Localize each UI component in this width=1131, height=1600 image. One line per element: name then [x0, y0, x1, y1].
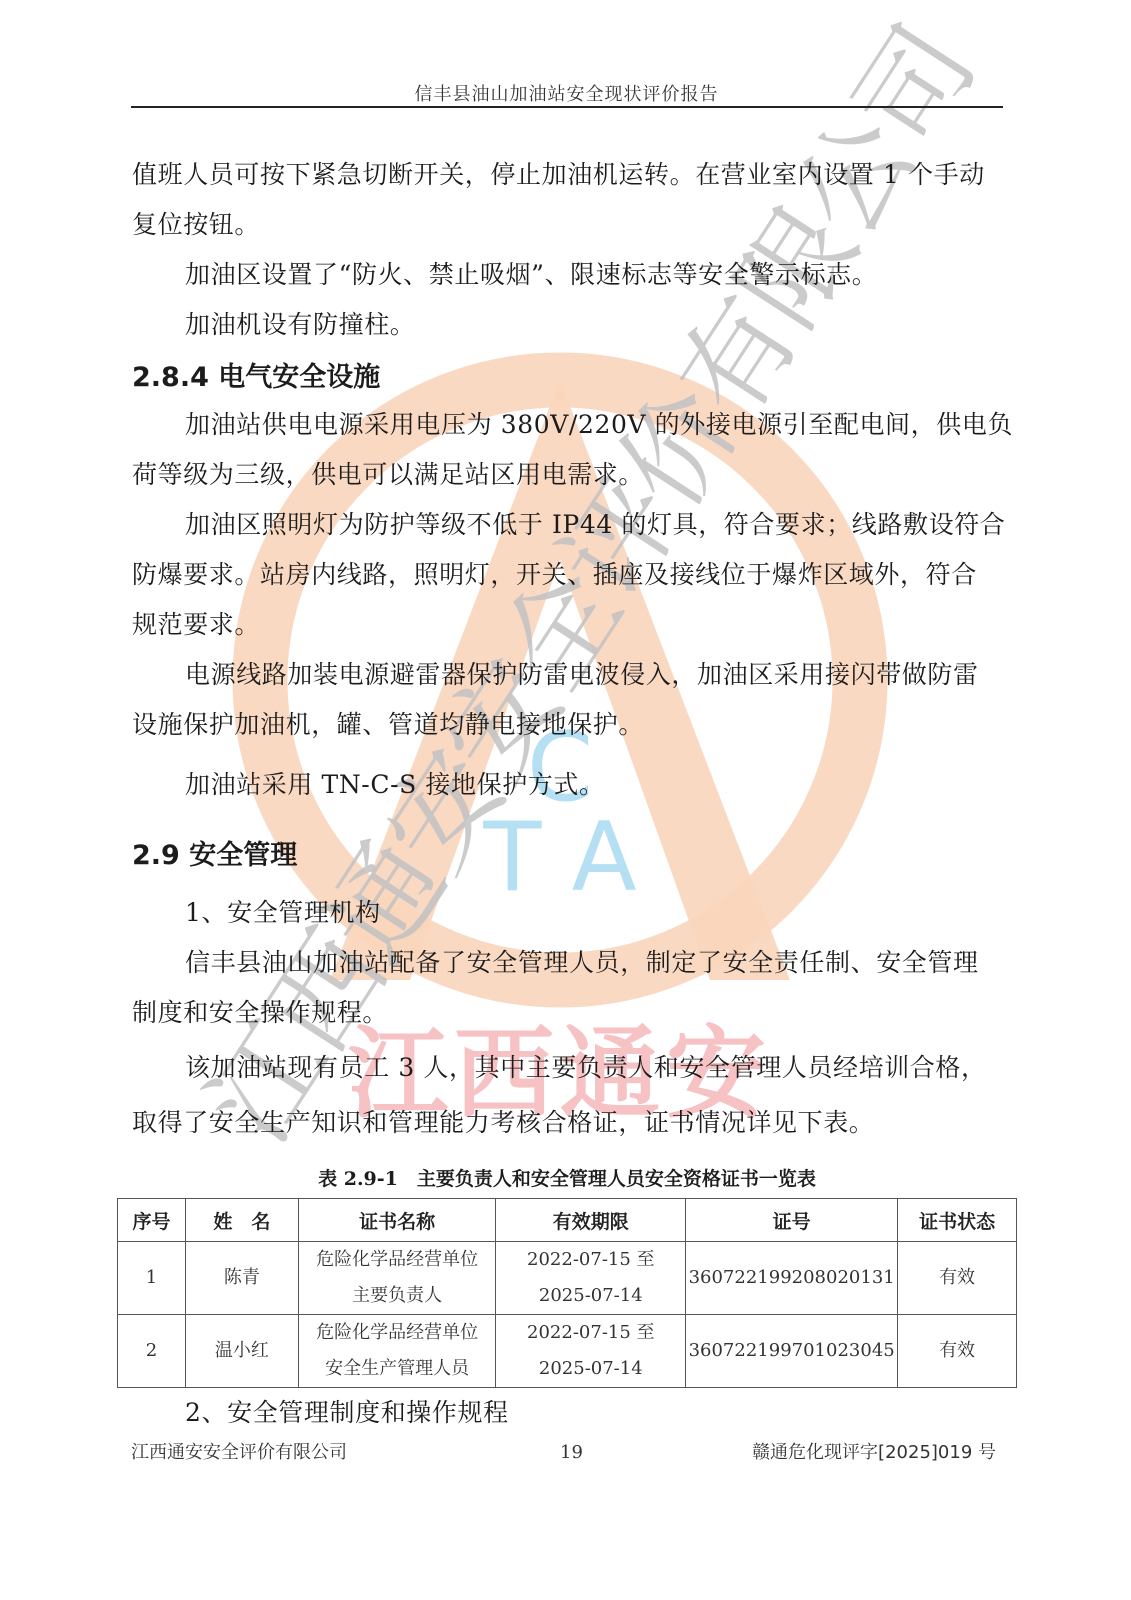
footer-company: 江西通安安全评价有限公司: [131, 1438, 347, 1464]
list-item-heading: 2、安全管理制度和操作规程: [185, 1398, 509, 1428]
cert-name-line: 安全生产管理人员: [299, 1351, 496, 1387]
validity-start: 2022-07-15 至: [496, 1315, 685, 1351]
column-header: 姓 名: [185, 1199, 298, 1242]
cell-cert-no: 360722199701023045: [686, 1315, 898, 1388]
validity-start: 2022-07-15 至: [496, 1242, 685, 1278]
paragraph-line: 复位按钮。: [132, 210, 260, 240]
running-header-title: 信丰县油山加油站安全现状评价报告: [130, 80, 1003, 106]
document-page: C T A 江西通安 江西通安安全评价有限公司 信丰县油山加油站安全现状评价报告…: [0, 0, 1131, 1600]
cell-validity: 2022-07-15 至 2025-07-14: [496, 1315, 686, 1388]
cell-cert-no: 360722199208020131: [686, 1242, 898, 1315]
column-header: 序号: [118, 1199, 186, 1242]
paragraph-line: 加油区照明灯为防护等级不低于 IP44 的灯具，符合要求；线路敷设符合: [185, 510, 1005, 540]
table-caption: 表 2.9-1 主要负责人和安全管理人员安全资格证书一览表: [117, 1164, 1017, 1191]
table-row: 2 温小红 危险化学品经营单位 安全生产管理人员 2022-07-15 至 20…: [118, 1315, 1017, 1388]
paragraph-line: 加油机设有防撞柱。: [185, 310, 415, 340]
footer-doc-number: 赣通危化现评字[2025]019 号: [752, 1438, 996, 1464]
validity-end: 2025-07-14: [496, 1278, 685, 1314]
validity-end: 2025-07-14: [496, 1351, 685, 1387]
paragraph-line: 荷等级为三级，供电可以满足站区用电需求。: [132, 460, 644, 490]
paragraph-line: 加油区设置了“防火、禁止吸烟”、限速标志等安全警示标志。: [185, 260, 877, 290]
cell-cert-name: 危险化学品经营单位 主要负责人: [298, 1242, 496, 1315]
paragraph-line: 规范要求。: [132, 610, 260, 640]
list-item-heading: 1、安全管理机构: [185, 898, 381, 928]
cell-status: 有效: [898, 1242, 1017, 1315]
paragraph-line: 制度和安全操作规程。: [132, 998, 388, 1028]
paragraph-line: 防爆要求。站房内线路，照明灯，开关、插座及接线位于爆炸区域外，符合: [132, 560, 977, 590]
page-number: 19: [560, 1442, 583, 1463]
paragraph-line: 值班人员可按下紧急切断开关，停止加油机运转。在营业室内设置 1 个手动: [132, 160, 985, 190]
paragraph-line: 取得了安全生产知识和管理能力考核合格证，证书情况详见下表。: [132, 1108, 874, 1138]
cert-name-line: 主要负责人: [299, 1278, 496, 1314]
paragraph-line: 该加油站现有员工 3 人，其中主要负责人和安全管理人员经培训合格，: [185, 1053, 987, 1083]
cell-no: 2: [118, 1315, 186, 1388]
cell-validity: 2022-07-15 至 2025-07-14: [496, 1242, 686, 1315]
paragraph-line: 设施保护加油机，罐、管道均静电接地保护。: [132, 710, 644, 740]
paragraph-line: 加油站采用 TN-C-S 接地保护方式。: [185, 770, 605, 800]
certificate-table: 序号 姓 名 证书名称 有效期限 证号 证书状态 1 陈青 危险化学品经营单位 …: [117, 1198, 1017, 1388]
cell-name: 陈青: [185, 1242, 298, 1315]
cell-name: 温小红: [185, 1315, 298, 1388]
paragraph-line: 信丰县油山加油站配备了安全管理人员，制定了安全责任制、安全管理: [185, 948, 979, 978]
cell-no: 1: [118, 1242, 186, 1315]
section-heading-2-8-4: 2.8.4 电气安全设施: [132, 355, 380, 394]
column-header: 证号: [686, 1199, 898, 1242]
cert-name-line: 危险化学品经营单位: [299, 1315, 496, 1351]
cell-status: 有效: [898, 1315, 1017, 1388]
cell-cert-name: 危险化学品经营单位 安全生产管理人员: [298, 1315, 496, 1388]
paragraph-line: 电源线路加装电源避雷器保护防雷电波侵入，加油区采用接闪带做防雷: [185, 660, 979, 690]
column-header: 证书状态: [898, 1199, 1017, 1242]
header-rule: [131, 106, 1003, 108]
cert-name-line: 危险化学品经营单位: [299, 1242, 496, 1278]
column-header: 有效期限: [496, 1199, 686, 1242]
paragraph-line: 加油站供电电源采用电压为 380V/220V 的外接电源引至配电间，供电负: [185, 410, 1013, 440]
table-row: 1 陈青 危险化学品经营单位 主要负责人 2022-07-15 至 2025-0…: [118, 1242, 1017, 1315]
section-heading-2-9: 2.9 安全管理: [132, 833, 297, 872]
table-header-row: 序号 姓 名 证书名称 有效期限 证号 证书状态: [118, 1199, 1017, 1242]
column-header: 证书名称: [298, 1199, 496, 1242]
